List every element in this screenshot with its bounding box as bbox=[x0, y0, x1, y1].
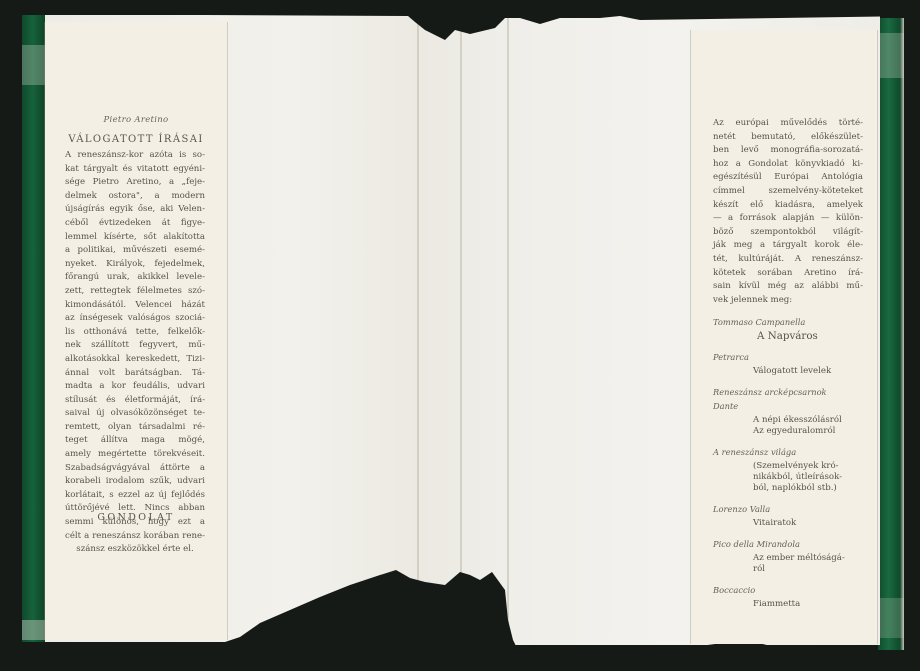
text-line: lis otthonává tette, felkelők- bbox=[65, 326, 205, 340]
book-title: nikákból, útleírások- bbox=[713, 472, 863, 483]
book-title: (Szemelvények kró- bbox=[713, 461, 863, 472]
series-book-entry: Reneszánsz arcképcsarnok bbox=[713, 387, 863, 397]
text-line: kat tárgyalt és vitatott egyéni- bbox=[65, 163, 205, 177]
text-line: ják meg a tárgyalt korok éle- bbox=[713, 239, 863, 253]
book-author: Reneszánsz arcképcsarnok bbox=[713, 387, 863, 397]
book-title: Válogatott levelek bbox=[713, 366, 863, 377]
right-flap: Az európai művelődés törté-netét bemutat… bbox=[691, 30, 877, 644]
text-line: a politikai, művészeti esemé- bbox=[65, 244, 205, 258]
text-line: ánnal volt barátságban. Tá- bbox=[65, 367, 205, 381]
book-title: Vitairatok bbox=[713, 518, 863, 529]
text-line: korabeli irodalom szűk, udvari bbox=[65, 475, 205, 489]
text-line: egészítésül Európai Antológia bbox=[713, 171, 863, 185]
text-line: ben levő monográfia-sorozatá- bbox=[713, 144, 863, 158]
text-line: nek szállított fegyvert, mű- bbox=[65, 339, 205, 353]
publisher-name: GONDOLAT bbox=[45, 512, 227, 523]
flap-blurb: A reneszánsz-kor azóta is so-kat tárgyal… bbox=[45, 149, 227, 557]
book-title: Az ember méltóságá- bbox=[713, 553, 863, 564]
text-line: alkotásokkal kereskedett, Tizi- bbox=[65, 353, 205, 367]
flap-author: Pietro Aretino bbox=[45, 115, 227, 125]
text-line: nyeket. Királyok, fejedelmek, bbox=[65, 258, 205, 272]
text-line: sain kívül még az alábbi mű- bbox=[713, 280, 863, 294]
text-line: stílusát és életformáját, írá- bbox=[65, 394, 205, 408]
book-author: Tommaso Campanella bbox=[713, 317, 863, 327]
book-title: ból, naplókból stb.) bbox=[713, 483, 863, 494]
text-line: címmel szemelvény-köteteket bbox=[713, 185, 863, 199]
text-line: újságírás egyik őse, aki Velen- bbox=[65, 203, 205, 217]
left-flap: Pietro Aretino VÁLOGATOTT ÍRÁSAI A renes… bbox=[45, 22, 227, 640]
series-book-entry: Lorenzo VallaVitairatok bbox=[713, 504, 863, 529]
series-book-entry: BoccaccioFiammetta bbox=[713, 585, 863, 610]
flap-title: VÁLOGATOTT ÍRÁSAI bbox=[45, 134, 227, 145]
text-line: kimondásától. Velencei házát bbox=[65, 299, 205, 313]
series-book-entry: A reneszánsz világa(Szemelvények kró-nik… bbox=[713, 447, 863, 494]
text-line: Szabadságvágyával áttörte a bbox=[65, 462, 205, 476]
text-line: céből évtizedeken át figye- bbox=[65, 217, 205, 231]
series-book-entry: Tommaso CampanellaA Napváros bbox=[713, 317, 863, 342]
book-author: Petrarca bbox=[713, 352, 863, 362]
text-line: madta a kor feudális, udvari bbox=[65, 380, 205, 394]
book-author: A reneszánsz világa bbox=[713, 447, 863, 457]
series-book-list: Tommaso CampanellaA NapvárosPetrarcaVálo… bbox=[691, 307, 877, 610]
text-line: készít elő kiadásra, amelyek bbox=[713, 199, 863, 213]
text-line: lemmel kísérte, sőt alakította bbox=[65, 231, 205, 245]
series-book-entry: DanteA népi ékesszólásrólAz egyeduralomr… bbox=[713, 401, 863, 437]
text-line: Az európai művelődés törté- bbox=[713, 117, 863, 131]
text-line: szánsz eszközökkel érte el. bbox=[65, 543, 205, 557]
text-line: tét, kultúráját. A reneszánsz- bbox=[713, 253, 863, 267]
text-line: amely megértette törekvéseit. bbox=[65, 448, 205, 462]
book-title: A népi ékesszólásról bbox=[713, 415, 863, 426]
text-line: böző szempontokból világít- bbox=[713, 226, 863, 240]
book-title: A Napváros bbox=[713, 331, 863, 342]
text-line: vek jelennek meg: bbox=[713, 294, 863, 308]
text-line: — a források alapján — külön- bbox=[713, 212, 863, 226]
text-line: netét bemutató, előkészület- bbox=[713, 131, 863, 145]
book-author: Pico della Mirandola bbox=[713, 539, 863, 549]
text-line: teget állítva maga mögé, bbox=[65, 434, 205, 448]
text-line: delmek ostora", a modern bbox=[65, 190, 205, 204]
text-line: kötetek sorában Aretino írá- bbox=[713, 267, 863, 281]
text-line: hoz a Gondolat könyvkiadó ki- bbox=[713, 158, 863, 172]
text-line: remtett, olyan társadalmi ré- bbox=[65, 421, 205, 435]
text-line: sége Pietro Aretino, a „feje- bbox=[65, 176, 205, 190]
text-line: zett, rettegtek félelmetes szó- bbox=[65, 285, 205, 299]
text-line: az ínségesek valóságos szociá- bbox=[65, 312, 205, 326]
text-line: korlátait, s ezzel az új fejlődés bbox=[65, 489, 205, 503]
book-jacket-scan: Pietro Aretino VÁLOGATOTT ÍRÁSAI A renes… bbox=[0, 0, 920, 671]
text-line: A reneszánsz-kor azóta is so- bbox=[65, 149, 205, 163]
text-line: főrangú urak, akikkel levele- bbox=[65, 271, 205, 285]
book-author: Dante bbox=[713, 401, 863, 411]
series-intro: Az európai művelődés törté-netét bemutat… bbox=[691, 117, 877, 307]
series-book-entry: Pico della MirandolaAz ember méltóságá-r… bbox=[713, 539, 863, 575]
series-book-entry: PetrarcaVálogatott levelek bbox=[713, 352, 863, 377]
book-title: Az egyeduralomról bbox=[713, 426, 863, 437]
book-author: Lorenzo Valla bbox=[713, 504, 863, 514]
text-line: saival új olvasóközönséget te- bbox=[65, 407, 205, 421]
book-title: Fiammetta bbox=[713, 599, 863, 610]
book-title: ról bbox=[713, 564, 863, 575]
text-line: célt a reneszánsz korában rene- bbox=[65, 530, 205, 544]
book-author: Boccaccio bbox=[713, 585, 863, 595]
